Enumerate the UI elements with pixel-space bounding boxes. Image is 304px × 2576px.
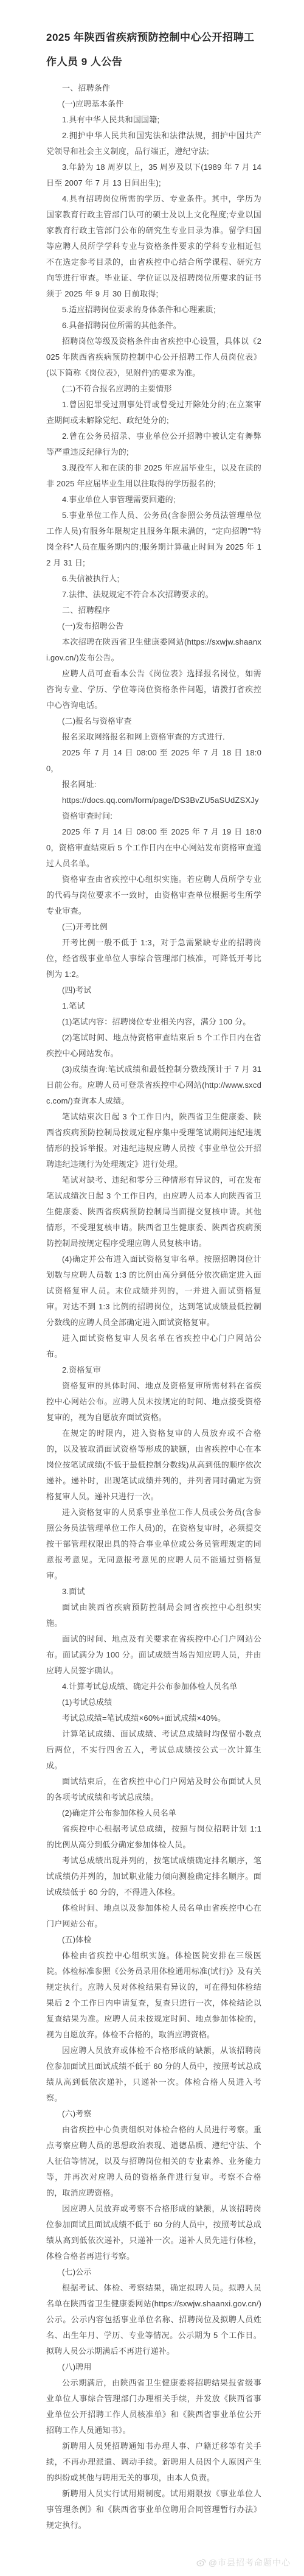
paragraph: 应聘人员可查看本公告《岗位表》选择报名岗位，如需咨询专业、学历、学位等岗位资格条…: [46, 666, 261, 713]
paragraph: 根据考试、体检、考察结果，确定拟聘人员。拟聘人员名单在陕西省卫生健康委网站(ht…: [46, 2280, 261, 2359]
paragraph: 面试的时间、地点及有关要求在省疾控中心门户网站公布。面试满分为 100 分。面试…: [46, 1631, 261, 1679]
paragraph: 资格审查时间:: [46, 808, 261, 824]
paragraph: (六)考察: [46, 2106, 261, 2122]
paragraph: 省疾控中心根据考试总成绩，按照与岗位招聘计划 1:1 的比例从高分到低分确定参加…: [46, 1821, 261, 1853]
paragraph: 6.具备招聘岗位所需的其他条件。: [46, 318, 261, 334]
paragraph: (一)发布招聘公告: [46, 618, 261, 634]
paragraph: 1.曾因犯罪受过刑事处罚或曾受过开除处分的;在立案审查期间或未解除党纪、政纪处分…: [46, 397, 261, 429]
paragraph: 考试总成绩=笔试成绩×60%+面试成绩×40%。: [46, 1710, 261, 1726]
paragraph: (一)应聘基本条件: [46, 96, 261, 112]
paragraph: 3.现役军人和在读的非 2025 年应届毕业生，以及在读的非 2025 年应届毕…: [46, 460, 261, 492]
paragraph: (3)成绩查询:笔试成绩和最低控制分数线预计于 7 月 31 日前公布。应聘人员…: [46, 1062, 261, 1109]
paragraph: 本次招聘在陕西省卫生健康委网站(https://sxwjw.shaanxi.go…: [46, 634, 261, 666]
paragraph: 一、招聘条件: [46, 80, 261, 96]
paragraph: 在规定的时限内，进入资格复审的人员放弃或不合格的，以及被取消面试资格等形成的缺额…: [46, 1426, 261, 1505]
watermark: @市县招考命题中心: [196, 2557, 291, 2569]
paragraph: 面试结束后，在省疾控中心门户网站及时公布面试人员的各项考试成绩和考试总成绩。: [46, 1774, 261, 1805]
paragraph: (七)公示: [46, 2264, 261, 2280]
paragraph: (四)考试: [46, 982, 261, 998]
paragraph: (2)笔试时间、地点待资格审查结束后 5 个工作日内在省疾控中心网站发布。: [46, 1030, 261, 1062]
weibo-icon: [196, 2558, 206, 2567]
paragraph: 进入资格复审的人员系事业单位工作人员或公务员(含参照公务员法管理单位工作人员)的…: [46, 1505, 261, 1584]
paragraph: 6.失信被执行人;: [46, 571, 261, 587]
paragraph: 因应聘人员放弃或体检不合格形成的缺额，从该招聘岗位参加面试且面试成绩不低于 60…: [46, 2043, 261, 2106]
paragraph: (三)开考比例: [46, 919, 261, 935]
paragraph: 报名采取网络报名和网上资格审查的方式进行.: [46, 729, 261, 745]
paragraph: (2)确定并公布参加体检人员名单: [46, 1805, 261, 1821]
paragraph: 笔试结束次日起 3 个工作日内，陕西省卫生健康委、陕西省疾病预防控制局按规定程序…: [46, 1109, 261, 1172]
paragraph: 资格复审的具体时间、地点及资格复审所需材料在省疾控中心网站公布。应聘人员未按规定…: [46, 1378, 261, 1426]
watermark-text: @市县招考命题中心: [209, 2557, 291, 2569]
paragraph: 1.笔试: [46, 998, 261, 1014]
paragraph: 二、招聘程序: [46, 603, 261, 618]
paragraph: 公示期满后，由陕西省卫生健康委将招聘结果报省级事业单位人事综合管理部门办理相关手…: [46, 2375, 261, 2438]
paragraph: 笔试对缺考、违纪和零分三种情形有异议的，可在发布笔试成绩次日起 3 个工作日内，…: [46, 1172, 261, 1251]
paragraph: 体检由省疾控中心组织实施。体检医院安排在三级医院。体检标准参照《公务员录用体检通…: [46, 1948, 261, 2043]
paragraph: 因应聘人员放弃或考察不合格形成的缺额，从该招聘岗位参加面试且面试成绩不低于 60…: [46, 2201, 261, 2264]
paragraph: 资格审查由省疾控中心组织实施。若应聘人员所学专业的代码与岗位要求不一致时，由资格…: [46, 872, 261, 919]
paragraph: (1)笔试内容：招聘岗位专业相关内容，满分 100 分。: [46, 1014, 261, 1030]
document-body: 一、招聘条件(一)应聘基本条件1.具有中华人民共和国国籍;2.拥护中华人民共和国…: [46, 80, 261, 2533]
paragraph: (1)考试总成绩: [46, 1695, 261, 1710]
paragraph: 考试总成绩出现并列的，按笔试成绩确定排名顺序，笔试成绩仍并列的，加试职业能力倾向…: [46, 1853, 261, 1900]
paragraph: https://docs.qq.com/form/page/DS3BvZU5aS…: [46, 793, 261, 808]
paragraph: 新聘用人员实行试用期制度。试用期限按《事业单位人事管理条例》和《陕西省事业单位聘…: [46, 2486, 261, 2533]
announcement-document: 2025 年陕西省疾病预防控制中心公开招聘工作人员 9 人公告 一、招聘条件(一…: [0, 0, 304, 2576]
paragraph: 3.年龄为 18 周岁以上，35 周岁及以下(1989 年 7 月 14 日至 …: [46, 159, 261, 191]
paragraph: 2025 年 7 月 14 日 08:00 至 2025 年 7 月 18 日 …: [46, 745, 261, 777]
paragraph: 2.拥护中华人民共和国宪法和法律法规，拥护中国共产党领导和社会主义制度，品行端正…: [46, 128, 261, 159]
paragraph: 新聘用人员凭招聘通知书办理人事、户籍迁移等有关手续，不再办理派遣、调动手续。新聘…: [46, 2438, 261, 2486]
paragraph: 进入面试资格复审人员名单在省疾控中心门户网站公布。: [46, 1331, 261, 1362]
paragraph: 5.适应招聘岗位要求的身体条件和心理素质;: [46, 302, 261, 318]
paragraph: (4)确定并公布进入面试资格复审名单。按照招聘岗位计划数与应聘人员数 1:3 的…: [46, 1251, 261, 1331]
paragraph: 4.事业单位人事管理需要回避的;: [46, 492, 261, 508]
paragraph: 7.法律、法规规定不符合本次招聘要求的。: [46, 587, 261, 603]
paragraph: (二)不符合报名应聘的主要情形: [46, 381, 261, 397]
paragraph: 1.具有中华人民共和国国籍;: [46, 112, 261, 128]
paragraph: 3.面试: [46, 1584, 261, 1600]
paragraph: (五)体检: [46, 1932, 261, 1948]
paragraph: 2.曾在公务员招录、事业单位公开招聘中被认定有舞弊等严重违反纪律行为的;: [46, 429, 261, 460]
paragraph: 4.具有招聘岗位所需的学历、专业条件。其中，学历为国家教育行政主管部门认可的硕士…: [46, 191, 261, 302]
paragraph: 面试由陕西省疾病预防控制局会同省疾控中心组织实施。: [46, 1600, 261, 1631]
paragraph: 招聘岗位等级及资格条件由省疾控中心设置，具体以《2025 年陕西省疾病预防控制中…: [46, 334, 261, 381]
paragraph: (二)报名与资格审查: [46, 713, 261, 729]
paragraph: 报名网址:: [46, 777, 261, 793]
paragraph: 由省疾控中心负责组织对体检合格的人员进行考察。重点考察应聘人员的思想政治表现、道…: [46, 2122, 261, 2201]
paragraph: 2.资格复审: [46, 1362, 261, 1378]
paragraph: (八)聘用: [46, 2359, 261, 2375]
paragraph: 开考比例一般不低于 1:3，对于急需紧缺专业的招聘岗位，经省级事业单位人事综合管…: [46, 935, 261, 982]
paragraph: 计算笔试成绩、面试成绩、考试总成绩时均保留小数点后两位，不实行四舍五入，考试总成…: [46, 1726, 261, 1774]
paragraph: 体检时间、地点以及参加体检人员名单由省疾控中心在门户网站公布。: [46, 1900, 261, 1932]
paragraph: 5.事业单位工作人员、公务员(含参照公务员法管理单位工作人员)有服务年限规定且服…: [46, 508, 261, 571]
paragraph: 4.计算考试总成绩、确定并公布参加体检人员名单: [46, 1679, 261, 1695]
paragraph: 2025 年 7 月 14 日 08:00 至 2025 年 7 月 19 日 …: [46, 824, 261, 872]
page-title: 2025 年陕西省疾病预防控制中心公开招聘工作人员 9 人公告: [46, 26, 261, 74]
